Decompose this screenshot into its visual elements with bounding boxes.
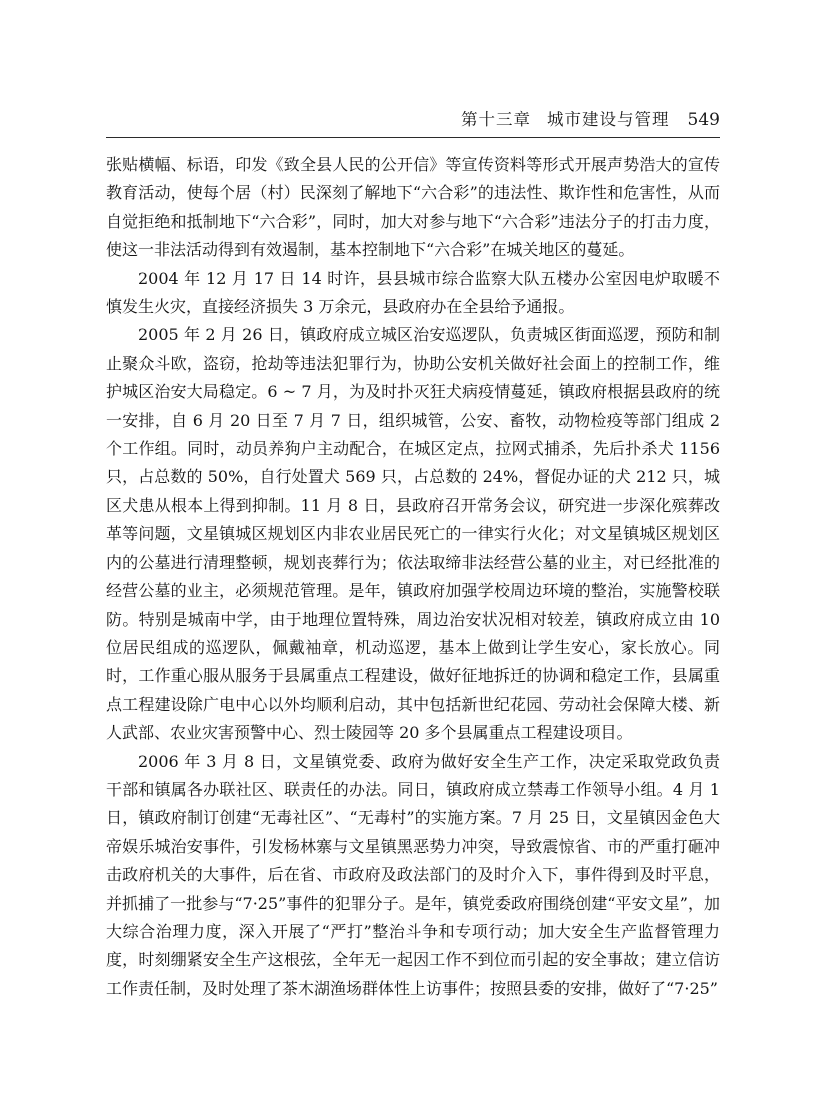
paragraph-continuation: 张贴横幅、标语，印发《致全县人民的公开信》等宣传资料等形式开展声势浩大的宣传教育… (106, 151, 720, 265)
paragraph-2006: 2006 年 3 月 8 日，文星镇党委、政府为做好安全生产工作，决定采取党政负… (106, 748, 720, 1004)
book-page: 第十三章 城市建设与管理 549 张贴横幅、标语，印发《致全县人民的公开信》等宣… (106, 0, 720, 1003)
page-body: 张贴横幅、标语，印发《致全县人民的公开信》等宣传资料等形式开展声势浩大的宣传教育… (106, 151, 720, 1003)
chapter-label: 第十三章 (461, 106, 531, 130)
page-number: 549 (688, 110, 720, 130)
page-header: 第十三章 城市建设与管理 549 (106, 106, 720, 138)
section-title: 城市建设与管理 (547, 106, 670, 130)
paragraph-2004: 2004 年 12 月 17 日 14 时许，县县城市综合监察大队五楼办公室因电… (106, 265, 720, 322)
paragraph-2005: 2005 年 2 月 26 日，镇政府成立城区治安巡逻队，负责城区街面巡逻，预防… (106, 321, 720, 747)
